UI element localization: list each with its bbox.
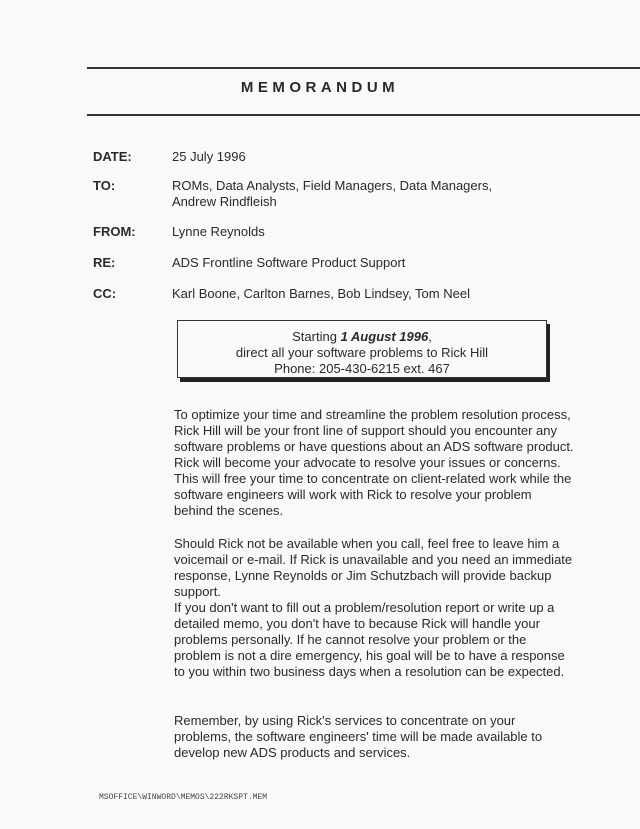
paragraph-2: Should Rick not be available when you ca… bbox=[174, 536, 574, 600]
callout-phone: Phone: 205-430-6215 ext. 467 bbox=[178, 361, 546, 377]
cc-label: CC: bbox=[93, 286, 163, 302]
date-label: DATE: bbox=[93, 149, 163, 165]
cc-value: Karl Boone, Carlton Barnes, Bob Lindsey,… bbox=[172, 286, 572, 302]
memo-title: MEMORANDUM bbox=[0, 79, 640, 96]
to-value: ROMs, Data Analysts, Field Managers, Dat… bbox=[172, 178, 572, 210]
bottom-rule bbox=[87, 114, 640, 116]
date-value: 25 July 1996 bbox=[172, 149, 572, 165]
paragraph-3: If you don't want to fill out a problem/… bbox=[174, 600, 574, 680]
file-path-footer: MSOFFICE\WINWORD\MEMOS\222RKSPT.MEM bbox=[99, 793, 267, 802]
top-rule bbox=[87, 67, 640, 69]
paragraph-1: To optimize your time and streamline the… bbox=[174, 407, 574, 519]
callout-line-2: direct all your software problems to Ric… bbox=[178, 345, 546, 361]
from-label: FROM: bbox=[93, 224, 163, 240]
from-value: Lynne Reynolds bbox=[172, 224, 572, 240]
paragraph-4: Remember, by using Rick's services to co… bbox=[174, 713, 574, 761]
re-label: RE: bbox=[93, 255, 163, 271]
callout-box: Starting 1 August 1996, direct all your … bbox=[177, 320, 547, 378]
callout-date: 1 August 1996 bbox=[341, 329, 429, 344]
to-label: TO: bbox=[93, 178, 163, 194]
re-value: ADS Frontline Software Product Support bbox=[172, 255, 572, 271]
callout-line-1: Starting 1 August 1996, bbox=[178, 329, 546, 345]
